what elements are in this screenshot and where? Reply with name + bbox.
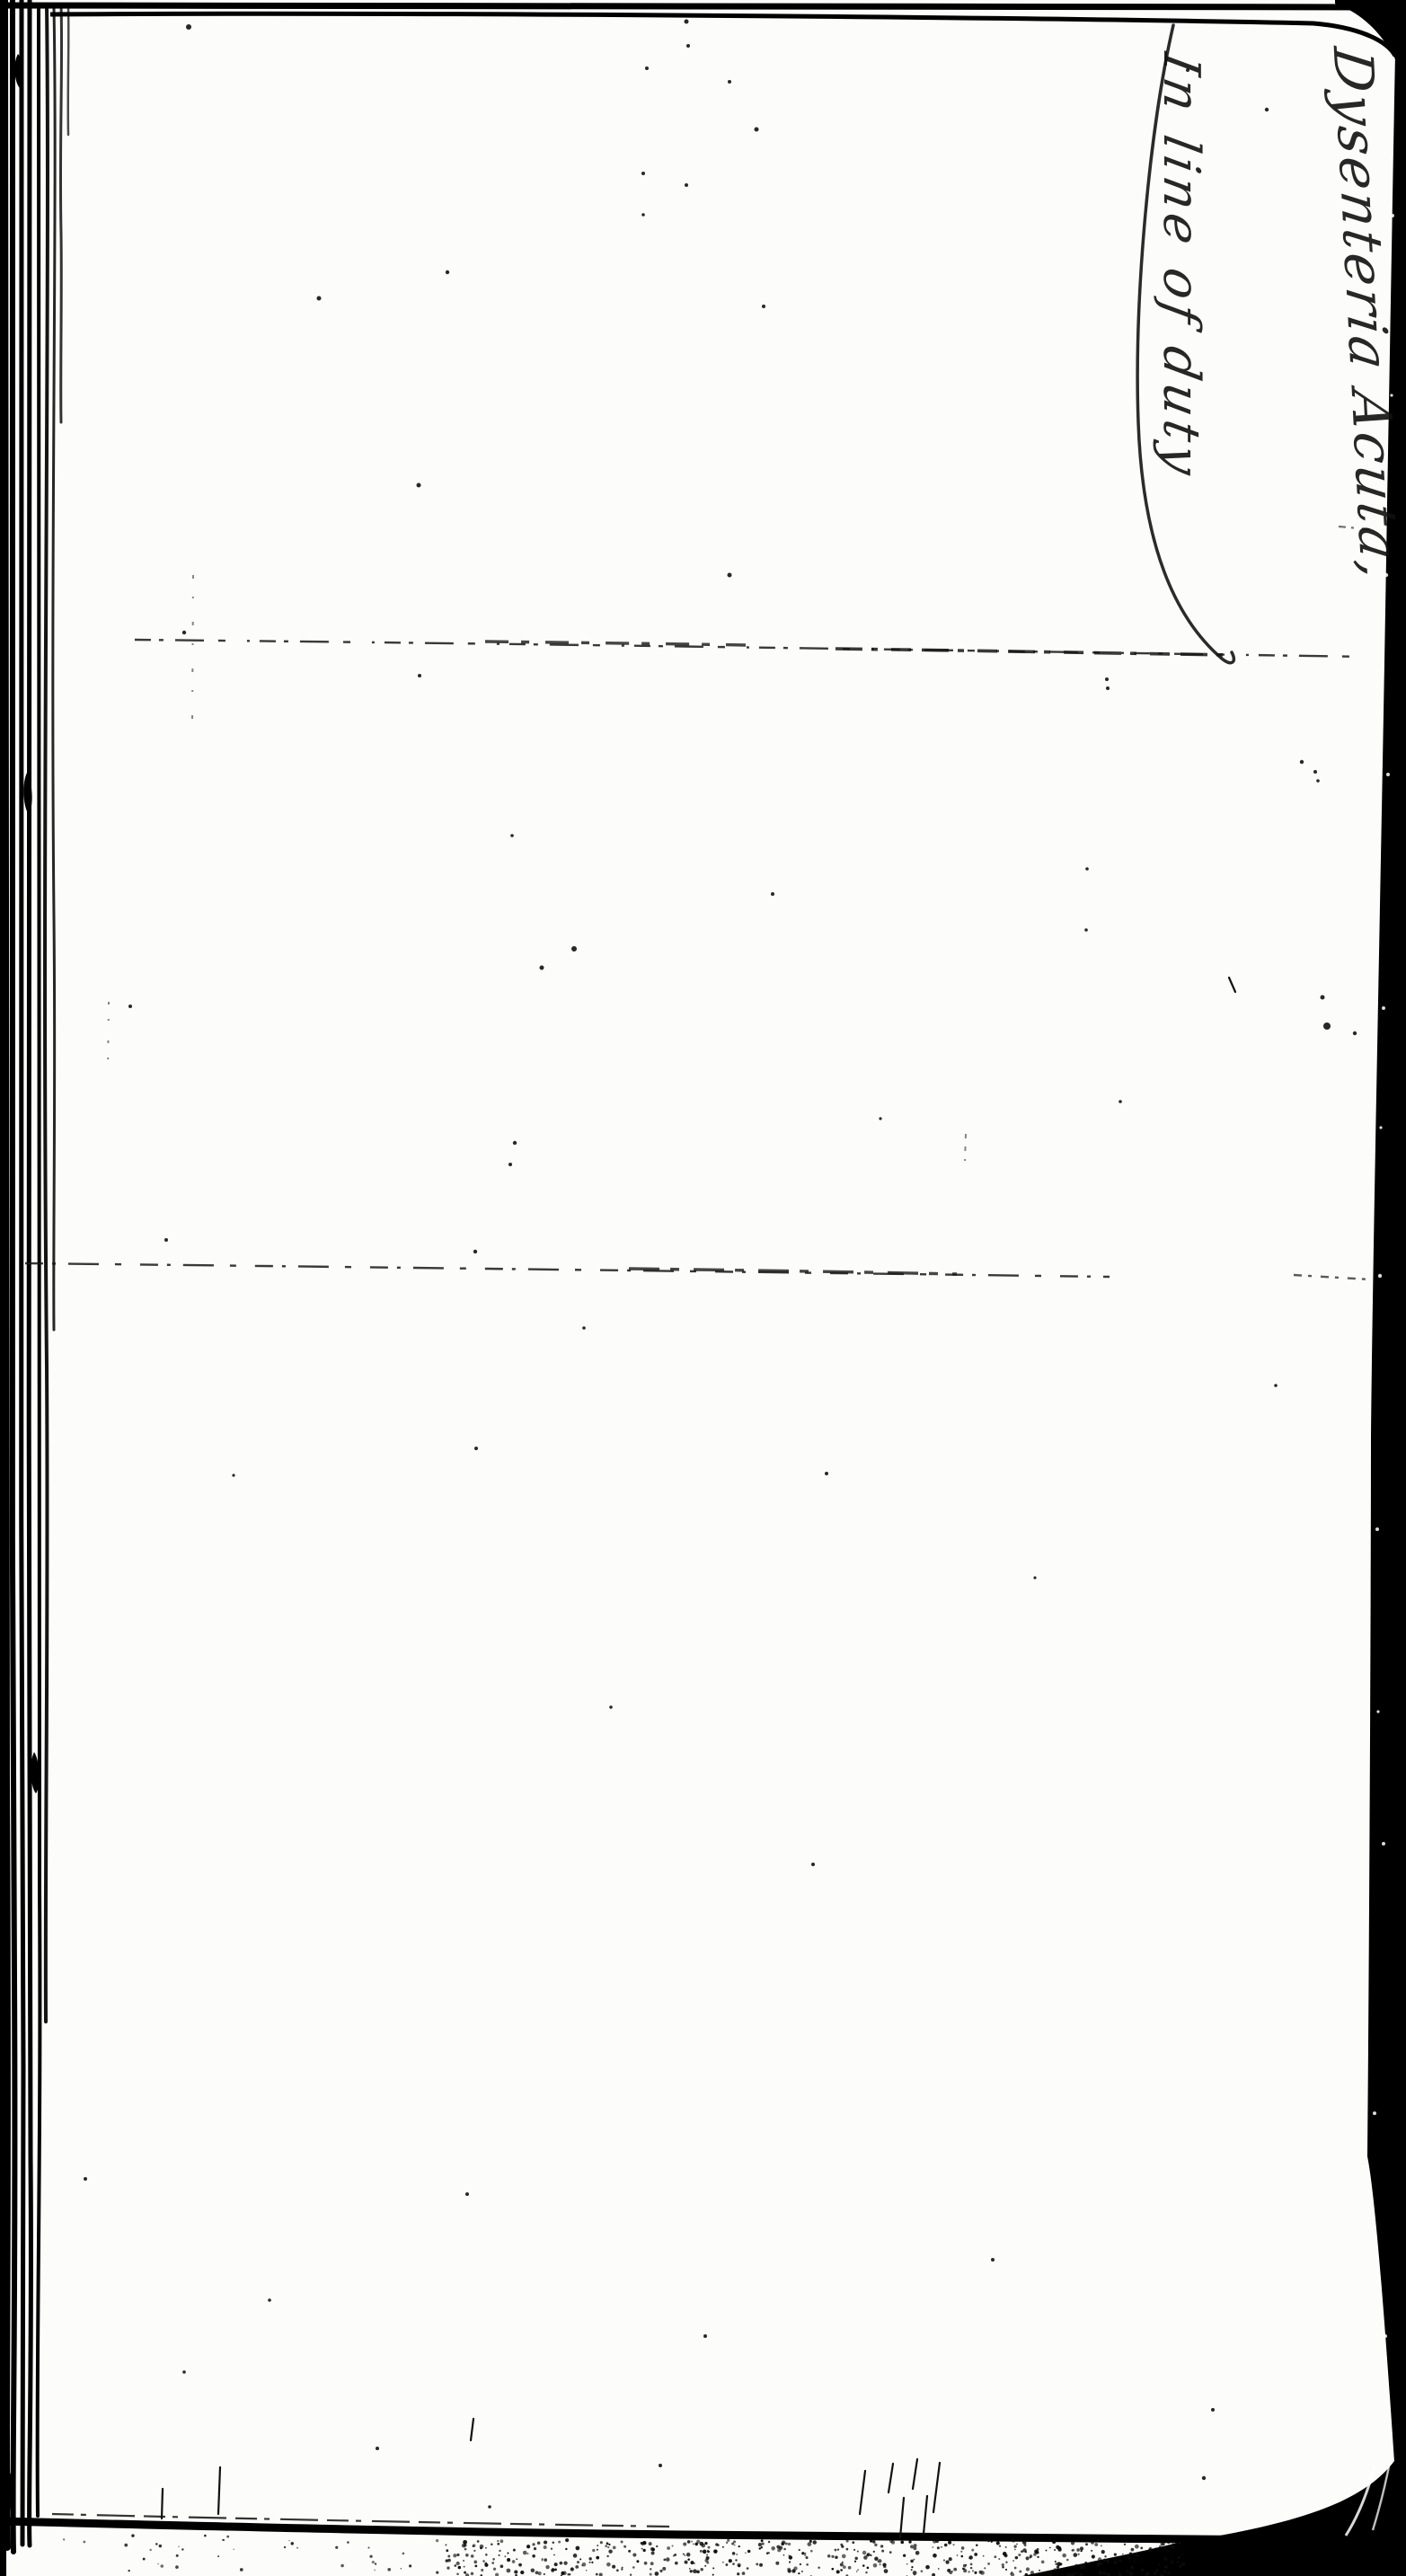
scanned-ledger-page: Dysenteria Acuta, In line of duty <box>0 0 1406 2576</box>
handwritten-annotation-line-2: In line of duty <box>1152 49 1210 484</box>
